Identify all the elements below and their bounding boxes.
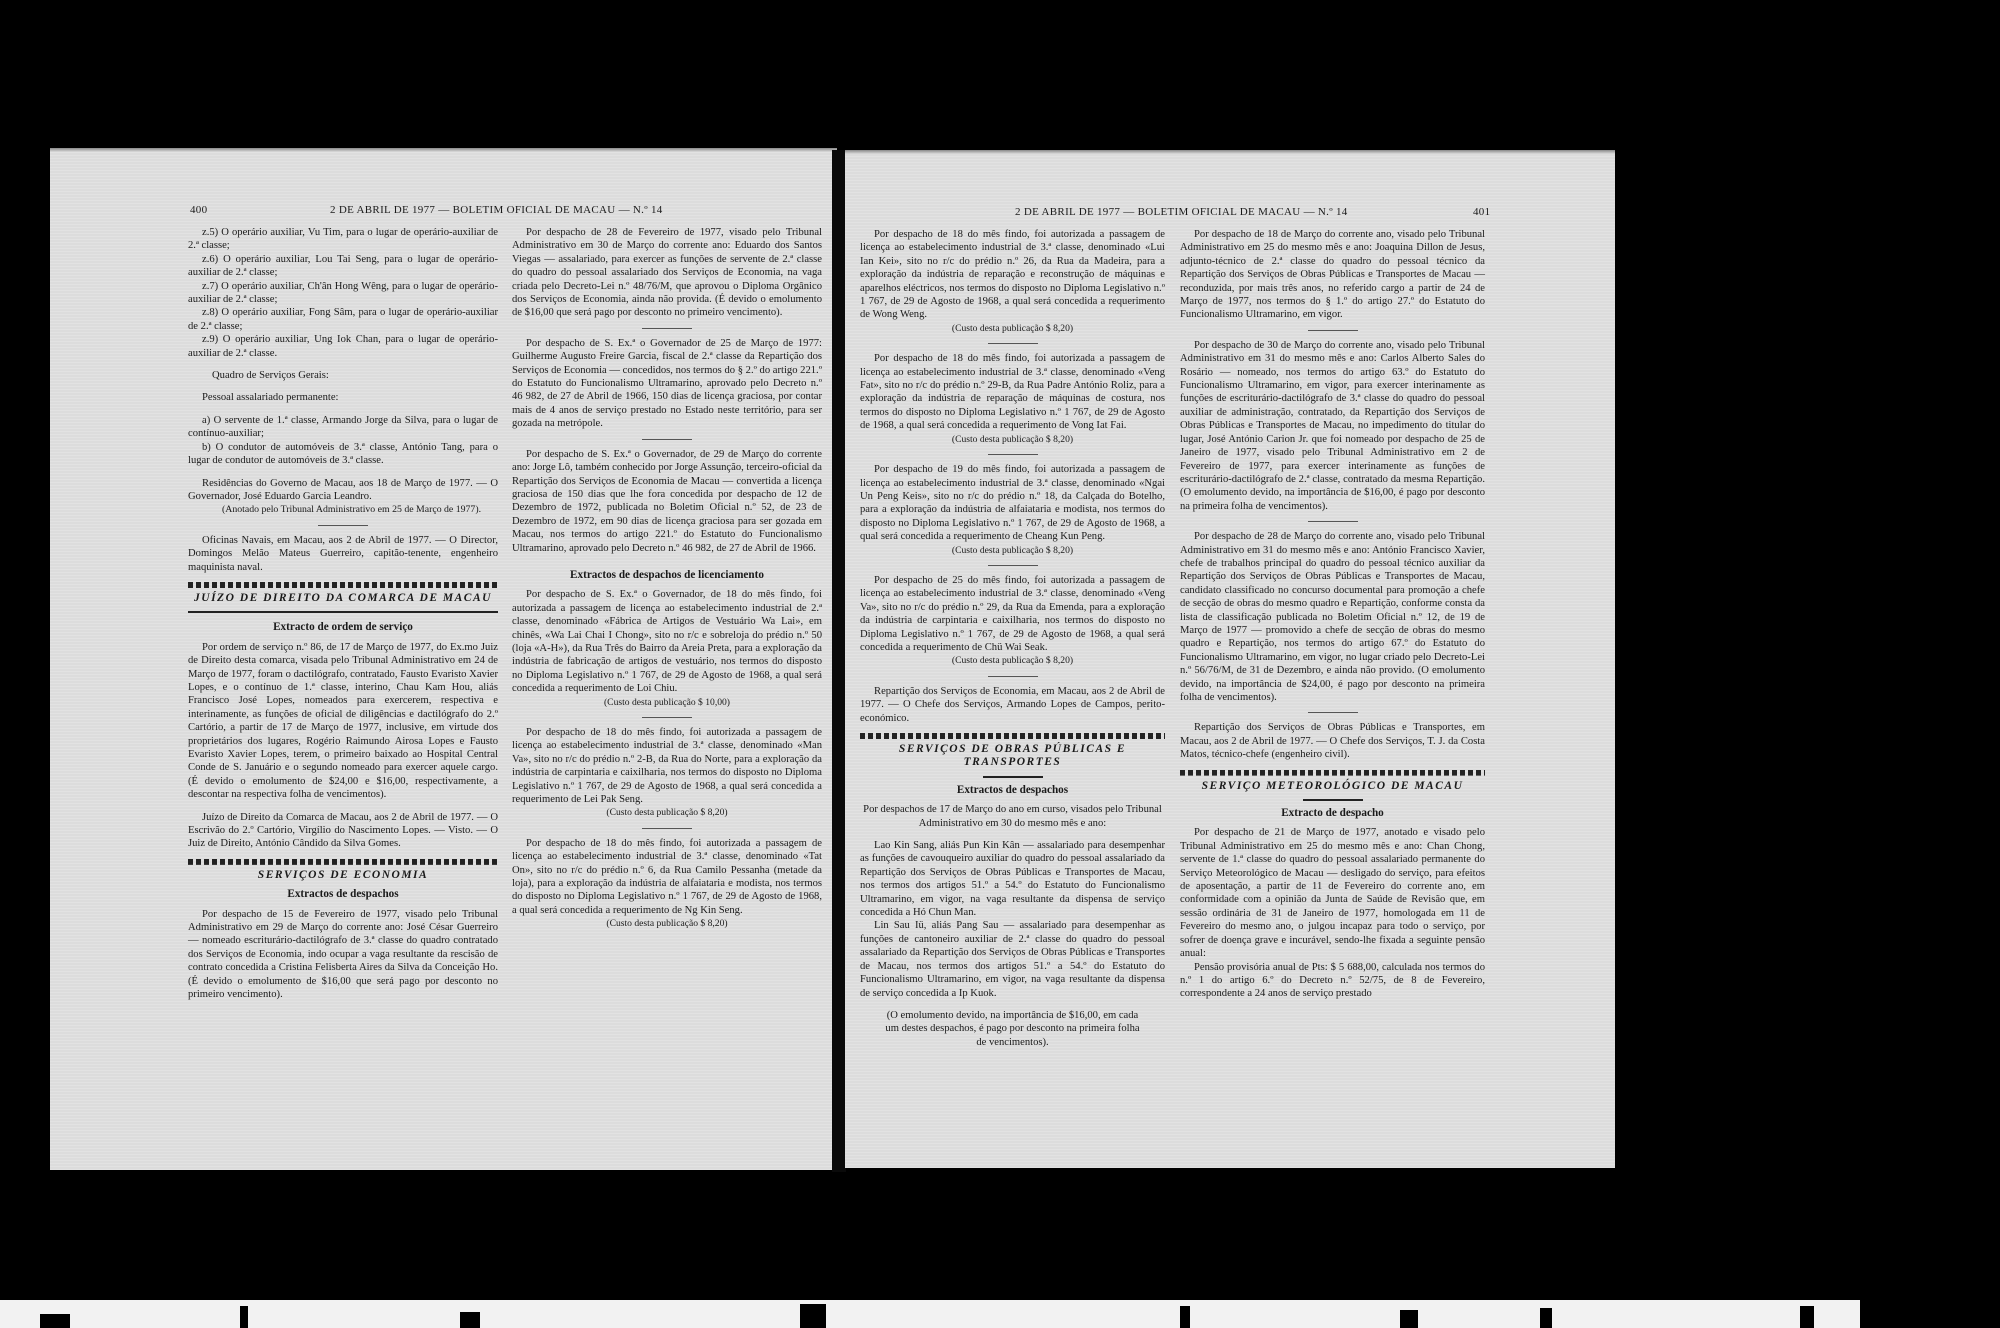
signature: Repartição dos Serviços de Economia, em … [860, 685, 1165, 725]
item: z.6) O operário auxiliar, Lou Tai Seng, … [188, 253, 498, 280]
sub-heading: Extracto de ordem de serviço [188, 621, 498, 634]
cost-note: (Custo desta publicação $ 8,20) [512, 917, 822, 930]
page-number: 400 [190, 204, 207, 216]
paragraph: Lao Kin Sang, aliás Pun Kin Kân — assala… [860, 839, 1165, 919]
paragraph: Por despacho de 25 do mês findo, foi aut… [860, 574, 1165, 654]
ornamental-rule [188, 859, 498, 865]
rule [188, 611, 498, 613]
note: (O emolumento devido, na importância de … [860, 1009, 1165, 1049]
sub-heading: Extracto de despacho [1180, 807, 1485, 820]
paragraph: Por despacho de 18 do mês findo, foi aut… [860, 352, 1165, 432]
paragraph: Por despacho de 30 de Março do corrente … [1180, 339, 1485, 513]
divider [642, 828, 692, 829]
divider [988, 565, 1038, 566]
divider [988, 676, 1038, 677]
divider [988, 343, 1038, 344]
cost-note: (Custo desta publicação $ 8,20) [512, 806, 822, 819]
paragraph: Por despacho de 15 de Fevereiro de 1977,… [188, 908, 498, 1002]
page-edge [50, 148, 837, 152]
cost-note: (Custo desta publicação $ 8,20) [860, 433, 1165, 446]
divider [318, 525, 368, 526]
paragraph: Por despachos de 17 de Março do ano em c… [860, 803, 1165, 830]
paragraph: Por despacho de 28 de Março do corrente … [1180, 530, 1485, 704]
right-page: 2 DE ABRIL DE 1977 — BOLETIM OFICIAL DE … [845, 150, 1615, 1168]
running-head: 2 DE ABRIL DE 1977 — BOLETIM OFICIAL DE … [1015, 206, 1348, 218]
right-col-2: Por despacho de 18 de Março do corrente … [1180, 228, 1485, 1001]
cost-note: (Custo desta publicação $ 8,20) [860, 654, 1165, 667]
paragraph: Lin Sau Iü, aliás Pang Sau — assalariado… [860, 919, 1165, 999]
cost-note: (Custo desta publicação $ 8,20) [860, 322, 1165, 335]
paragraph: Por despacho de 21 de Março de 1977, ano… [1180, 826, 1485, 960]
divider [1308, 712, 1358, 713]
item: z.5) O operário auxiliar, Vu Tim, para o… [188, 226, 498, 253]
paragraph: Por despacho de 18 do mês findo, foi aut… [512, 837, 822, 917]
cost-note: (Custo desta publicação $ 8,20) [860, 544, 1165, 557]
left-page: 400 2 DE ABRIL DE 1977 — BOLETIM OFICIAL… [50, 148, 837, 1170]
item: z.7) O operário auxiliar, Ch'ân Hong Wên… [188, 280, 498, 307]
paragraph: Por despacho de 19 do mês findo, foi aut… [860, 463, 1165, 543]
sub-heading: Extractos de despachos [188, 888, 498, 901]
signature: Repartição dos Serviços de Obras Pública… [1180, 721, 1485, 761]
divider [1308, 330, 1358, 331]
sub-heading: Extractos de despachos de licenciamento [512, 569, 822, 582]
item: z.9) O operário auxiliar, Ung Iok Chan, … [188, 333, 498, 360]
divider [988, 454, 1038, 455]
divider [642, 439, 692, 440]
ornamental-rule [860, 733, 1165, 739]
signature: Juízo de Direito da Comarca de Macau, ao… [188, 811, 498, 851]
paragraph: Por despacho de 18 do mês findo, foi aut… [512, 726, 822, 806]
section-heading: JUÍZO DE DIREITO DA COMARCA DE MACAU [188, 592, 498, 605]
paragraph: a) O servente de 1.ª classe, Armando Jor… [188, 414, 498, 441]
ornamental-rule [188, 582, 498, 588]
sub-heading: Extractos de despachos [860, 784, 1165, 797]
running-head: 2 DE ABRIL DE 1977 — BOLETIM OFICIAL DE … [330, 204, 663, 216]
divider [1308, 521, 1358, 522]
paragraph: Por despacho de 18 do mês findo, foi aut… [860, 228, 1165, 322]
paragraph: Por despacho de 28 de Fevereiro de 1977,… [512, 226, 822, 320]
right-col-1: Por despacho de 18 do mês findo, foi aut… [860, 228, 1165, 1049]
paragraph: Por despacho de S. Ex.ª o Governador de … [512, 337, 822, 431]
left-col-1: z.5) O operário auxiliar, Vu Tim, para o… [188, 226, 498, 1002]
section-heading: SERVIÇOS DE ECONOMIA [188, 869, 498, 882]
page-number: 401 [1473, 206, 1490, 218]
rule [1303, 799, 1363, 801]
divider [642, 717, 692, 718]
rule [983, 776, 1043, 778]
left-col-2: Por despacho de 28 de Fevereiro de 1977,… [512, 226, 822, 931]
item: z.8) O operário auxiliar, Fong Sâm, para… [188, 306, 498, 333]
divider [642, 328, 692, 329]
paragraph: Pensão provisória anual de Pts: $ 5 688,… [1180, 961, 1485, 1001]
book-gutter [832, 150, 846, 1172]
paragraph: Oficinas Navais, em Macau, aos 2 de Abri… [188, 534, 498, 574]
paragraph: Por despacho de 18 de Março do corrente … [1180, 228, 1485, 322]
page-edge [845, 150, 1615, 154]
paragraph: Por despacho de S. Ex.ª o Governador, de… [512, 588, 822, 695]
subheading: Quadro de Serviços Gerais: [188, 369, 498, 382]
ornamental-rule [1180, 770, 1485, 776]
subheading: Pessoal assalariado permanente: [188, 391, 498, 404]
signature: Residências do Governo de Macau, aos 18 … [188, 477, 498, 504]
paragraph: b) O condutor de automóveis de 3.ª class… [188, 441, 498, 468]
paragraph: Por despacho de S. Ex.ª o Governador, de… [512, 448, 822, 555]
annotation: (Anotado pelo Tribunal Administrativo em… [188, 503, 498, 516]
paragraph: Por ordem de serviço n.º 86, de 17 de Ma… [188, 641, 498, 802]
cost-note: (Custo desta publicação $ 10,00) [512, 696, 822, 709]
section-heading: SERVIÇOS DE OBRAS PÚBLICAS E TRANSPORTES [860, 743, 1165, 770]
film-strip-edge [0, 1300, 1860, 1328]
section-heading: SERVIÇO METEOROLÓGICO DE MACAU [1180, 780, 1485, 793]
